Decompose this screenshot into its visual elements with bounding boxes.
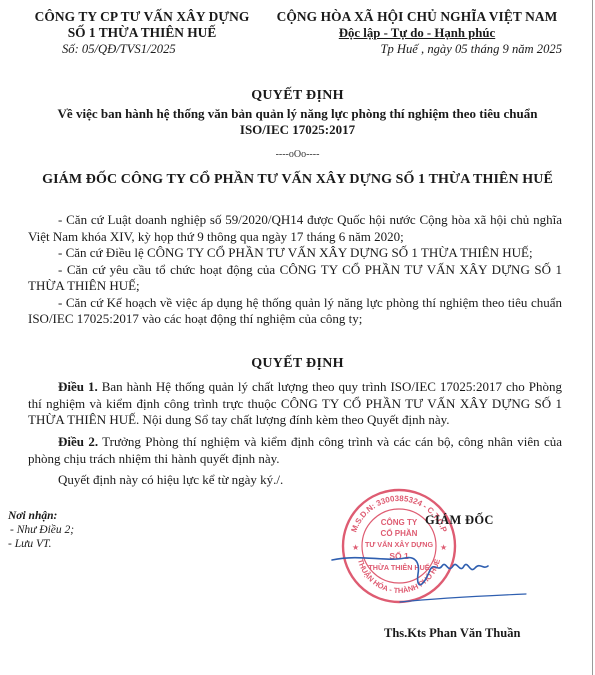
ground-item: - Căn cứ Luật doanh nghiệp số 59/2020/QH… [28, 212, 562, 245]
recipient-item: - Như Điều 2; [8, 523, 74, 537]
place-date: Tp Huế , ngày 05 tháng 9 năm 2025 [262, 41, 572, 57]
subject-line-1: Về việc ban hành hệ thống văn bản quản l… [0, 106, 595, 122]
effective-clause: Quyết định này có hiệu lực kể từ ngày ký… [28, 472, 562, 489]
issuer-name-line2: SỐ 1 THỪA THIÊN HUẾ [22, 25, 262, 41]
nation-name: CỘNG HÒA XÃ HỘI CHỦ NGHĨA VIỆT NAM [262, 9, 572, 25]
recipient-item: - Lưu VT. [8, 537, 74, 551]
document-title: QUYẾT ĐỊNH [0, 88, 595, 104]
signer-title: GIÁM ĐỐC [425, 513, 494, 528]
article-1-label: Điều 1. [58, 379, 98, 394]
decision-heading: QUYẾT ĐỊNH [0, 356, 595, 372]
document-number: Số: 05/QĐ/TVS1/2025 [22, 41, 262, 57]
recipients-label: Nơi nhận: [8, 509, 74, 523]
article-2-text: Trưởng Phòng thí nghiệm và kiểm định côn… [28, 434, 562, 466]
svg-text:CÔNG TY: CÔNG TY [381, 518, 418, 527]
svg-text:CỔ PHẦN: CỔ PHẦN [381, 528, 418, 538]
article-1-text: Ban hành Hệ thống quản lý chất lượng the… [28, 379, 562, 427]
ground-item: - Căn cứ Kế hoạch về việc áp dụng hệ thố… [28, 295, 562, 328]
document-subject: Về việc ban hành hệ thống văn bản quản l… [0, 106, 595, 138]
article-2: Điều 2. Trưởng Phòng thí nghiệm và kiểm … [28, 434, 562, 467]
separator: ----oOo---- [0, 149, 595, 160]
handwritten-signature [330, 540, 530, 610]
issuer-block: CÔNG TY CP TƯ VẤN XÂY DỰNG SỐ 1 THỪA THI… [22, 9, 262, 57]
document-page: CÔNG TY CP TƯ VẤN XÂY DỰNG SỐ 1 THỪA THI… [0, 0, 595, 675]
signer-name: Ths.Kts Phan Văn Thuần [384, 626, 520, 641]
issuing-authority: GIÁM ĐỐC CÔNG TY CỔ PHẦN TƯ VẤN XÂY DỰNG… [0, 172, 595, 188]
national-motto: Độc lập - Tự do - Hạnh phúc [262, 25, 572, 41]
ground-item: - Căn cứ Điều lệ CÔNG TY CỔ PHẦN TƯ VẤN … [28, 245, 562, 262]
recipients: Nơi nhận: - Như Điều 2; - Lưu VT. [8, 509, 74, 551]
article-2-label: Điều 2. [58, 434, 98, 449]
ground-item: - Căn cứ yêu cầu tổ chức hoạt động của C… [28, 262, 562, 295]
national-heading: CỘNG HÒA XÃ HỘI CHỦ NGHĨA VIỆT NAM Độc l… [262, 9, 572, 57]
legal-grounds: - Căn cứ Luật doanh nghiệp số 59/2020/QH… [28, 212, 562, 328]
subject-line-2: ISO/IEC 17025:2017 [0, 122, 595, 138]
issuer-name-line1: CÔNG TY CP TƯ VẤN XÂY DỰNG [22, 9, 262, 25]
article-1: Điều 1. Ban hành Hệ thống quản lý chất l… [28, 379, 562, 429]
